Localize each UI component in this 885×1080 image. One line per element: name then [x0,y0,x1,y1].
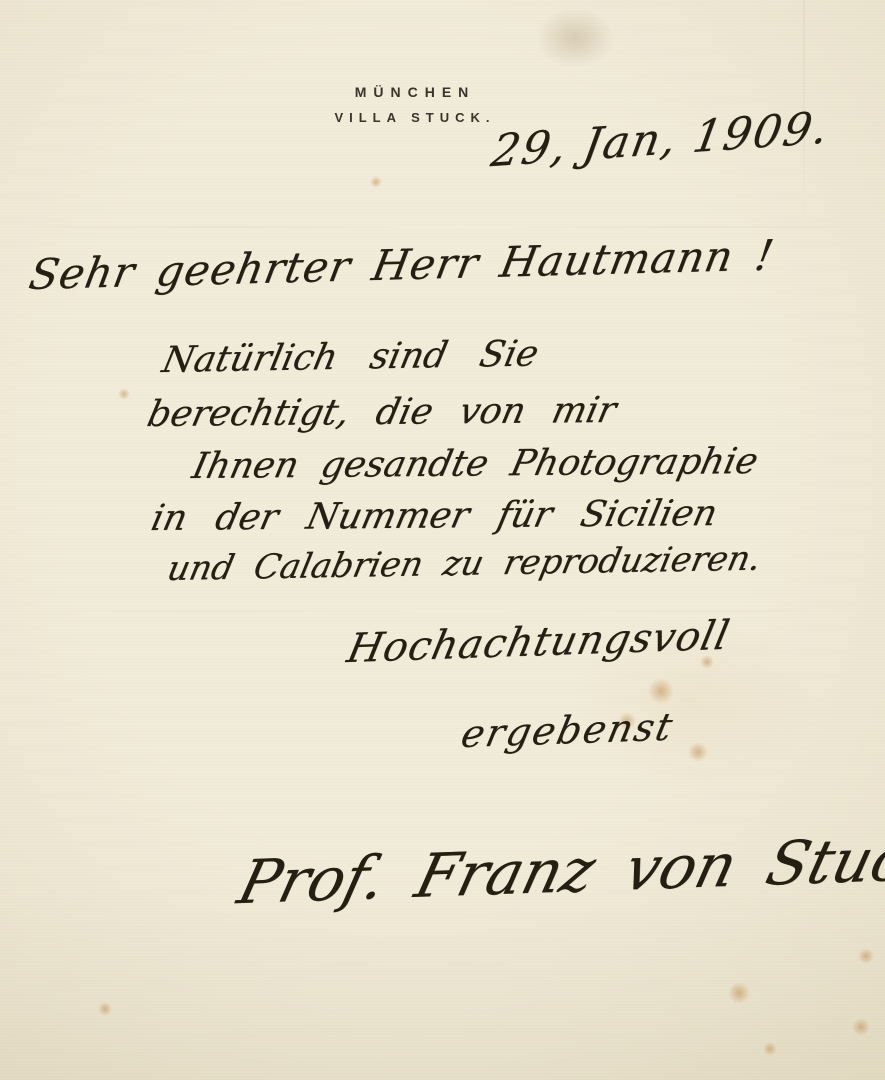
foxing-spot [763,1042,777,1056]
body-line: und Calabrien zu reproduzieren. [164,539,765,589]
foxing-spot [370,176,382,188]
letter-page: MÜNCHEN VILLA STUCK. 29, Jan, 1909. Sehr… [0,0,885,1080]
body-line: in der Nummer für Sicilien [147,493,721,539]
foxing-spot [118,388,130,400]
closing-formula: Hochachtungsvoll [343,613,734,673]
foxing-spot [852,1018,870,1036]
foxing-spot [98,1002,112,1016]
foxing-spot [648,678,674,704]
foxing-spot [858,948,874,964]
body-line: berechtigt, die von mir [143,390,619,435]
fold-crease-horizontal [0,610,885,612]
closing-formula: ergebenst [457,704,678,756]
signature: Prof. Franz von Stuck [231,823,885,918]
salutation: Sehr geehrter Herr Hautmann ! [25,230,778,299]
body-line: Ihnen gesandte Photographie [188,441,761,487]
fold-crease-horizontal [0,226,885,228]
letterhead-city-label: MÜNCHEN [0,84,830,100]
body-line: Natürlich sind Sie [159,333,542,381]
foxing-spot [728,982,750,1004]
foxing-spot [688,742,708,762]
